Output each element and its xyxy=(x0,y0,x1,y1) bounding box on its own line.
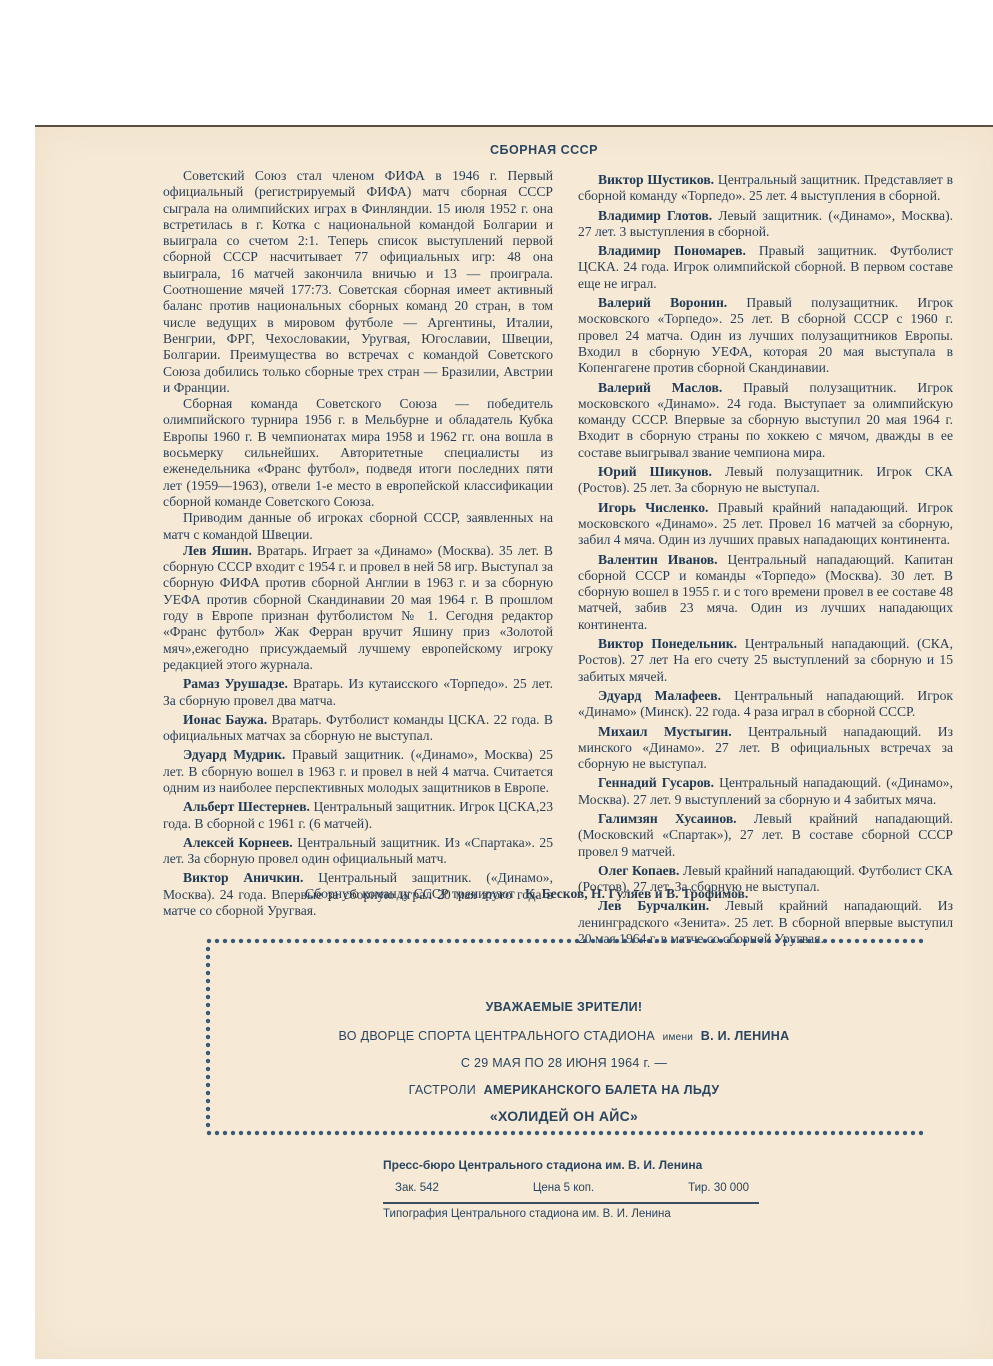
venue-imeni: имени xyxy=(663,1032,694,1043)
player-entry: Алексей Корнеев. Центральный защитник. И… xyxy=(163,835,553,868)
decorative-border-bottom xyxy=(205,1129,923,1137)
intro-paragraph: Приводим данные об игроках сборной СССР,… xyxy=(163,510,553,543)
player-entry: Геннадий Гусаров. Центральный нападающий… xyxy=(578,775,953,808)
imprint-meta: Зак. 542 Цена 5 коп. Тир. 30 000 xyxy=(383,1182,759,1194)
player-name: Виктор Аничкин. xyxy=(183,870,303,885)
player-entry: Валентин Иванов. Центральный нападающий.… xyxy=(578,552,953,633)
player-entry: Эдуард Мудрик. Правый защитник. («Динамо… xyxy=(163,747,553,796)
player-name: Михаил Мустыгин. xyxy=(598,724,732,739)
player-name: Алексей Корнеев. xyxy=(183,835,293,850)
player-name: Виктор Шустиков. xyxy=(598,172,714,187)
printer-credit: Типография Центрального стадиона им. В. … xyxy=(383,1208,759,1220)
player-name: Виктор Понедельник. xyxy=(598,636,737,651)
player-name: Владимир Глотов. xyxy=(598,208,712,223)
price: Цена 5 коп. xyxy=(533,1182,594,1194)
player-entry: Лев Яшин. Вратарь. Играет за «Динамо» (М… xyxy=(163,543,553,673)
order-number: Зак. 542 xyxy=(395,1182,439,1194)
player-entry: Ионас Баужа. Вратарь. Футболист команды … xyxy=(163,712,553,745)
player-name: Эдуард Мудрик. xyxy=(183,747,285,762)
player-entry: Валерий Воронин. Правый полузащитник. Иг… xyxy=(578,295,953,376)
player-bio: Вратарь. Играет за «Динамо» (Москва). 35… xyxy=(163,543,553,672)
venue-text: ВО ДВОРЦЕ СПОРТА ЦЕНТРАЛЬНОГО СТАДИОНА xyxy=(339,1029,655,1043)
coaches-line: Сборную команду СССР тренируют К. Бесков… xyxy=(305,886,905,902)
announcement-show-title: «ХОЛИДЕЙ ОН АЙС» xyxy=(205,1108,923,1124)
player-entry: Виктор Понедельник. Центральный нападающ… xyxy=(578,636,953,685)
coaches-names: К. Бесков, Н. Гуляев и В. Трофимов. xyxy=(525,886,748,901)
intro-paragraph: Советский Союз стал членом ФИФА в 1946 г… xyxy=(163,168,553,396)
player-name: Валерий Воронин. xyxy=(598,295,727,310)
tour-ballet: АМЕРИКАНСКОГО БАЛЕТА НА ЛЬДУ xyxy=(484,1083,720,1097)
player-name: Рамаз Урушадзе. xyxy=(183,676,288,691)
venue-lenin: В. И. ЛЕНИНА xyxy=(701,1029,790,1043)
player-name: Геннадий Гусаров. xyxy=(598,775,714,790)
decorative-border-top xyxy=(205,937,923,945)
announcement-dates: С 29 МАЯ ПО 28 ИЮНЯ 1964 г. — xyxy=(205,1056,923,1070)
player-name: Галимзян Хусаинов. xyxy=(598,811,737,826)
announcement-heading: УВАЖАЕМЫЕ ЗРИТЕЛИ! xyxy=(205,1000,923,1014)
page-title: СБОРНАЯ СССР xyxy=(490,143,630,157)
player-entry: Валерий Маслов. Правый полузащитник. Игр… xyxy=(578,380,953,461)
player-name: Владимир Пономарев. xyxy=(598,243,746,258)
player-entry: Альберт Шестернев. Центральный защитник.… xyxy=(163,799,553,832)
player-entry: Владимир Глотов. Левый защитник. («Динам… xyxy=(578,208,953,241)
player-name: Валентин Иванов. xyxy=(598,552,718,567)
player-name: Валерий Маслов. xyxy=(598,380,722,395)
announcement-venue: ВО ДВОРЦЕ СПОРТА ЦЕНТРАЛЬНОГО СТАДИОНА и… xyxy=(205,1029,923,1043)
press-bureau: Пресс-бюро Центрального стадиона им. В. … xyxy=(383,1158,759,1172)
player-name: Эдуард Малафеев. xyxy=(598,688,721,703)
player-entry: Юрий Шикунов. Левый полузащитник. Игрок … xyxy=(578,464,953,497)
player-name: Юрий Шикунов. xyxy=(598,464,712,479)
player-entry: Владимир Пономарев. Правый защитник. Фут… xyxy=(578,243,953,292)
player-name: Олег Копаев. xyxy=(598,863,679,878)
player-entry: Михаил Мустыгин. Центральный нападающий.… xyxy=(578,724,953,773)
right-column: Виктор Шустиков. Центральный защитник. П… xyxy=(578,172,953,950)
player-entry: Игорь Численко. Правый крайний нападающи… xyxy=(578,500,953,549)
player-entry: Виктор Шустиков. Центральный защитник. П… xyxy=(578,172,953,205)
player-entry: Галимзян Хусаинов. Левый крайний нападаю… xyxy=(578,811,953,860)
announcement-tour: ГАСТРОЛИ АМЕРИКАНСКОГО БАЛЕТА НА ЛЬДУ xyxy=(205,1083,923,1097)
player-name: Игорь Численко. xyxy=(598,500,708,515)
player-entry: Эдуард Малафеев. Центральный нападающий.… xyxy=(578,688,953,721)
player-name: Ионас Баужа. xyxy=(183,712,267,727)
player-name: Лев Яшин. xyxy=(183,543,252,558)
player-entry: Рамаз Урушадзе. Вратарь. Из кутаисского … xyxy=(163,676,553,709)
imprint-divider xyxy=(383,1202,759,1204)
announcement-box: УВАЖАЕМЫЕ ЗРИТЕЛИ! ВО ДВОРЦЕ СПОРТА ЦЕНТ… xyxy=(205,937,923,1137)
left-column: Советский Союз стал членом ФИФА в 1946 г… xyxy=(163,168,553,922)
tour-prefix: ГАСТРОЛИ xyxy=(409,1083,476,1097)
coaches-prefix: Сборную команду СССР тренируют xyxy=(305,886,515,901)
player-name: Альберт Шестернев. xyxy=(183,799,310,814)
intro-paragraph: Сборная команда Советского Союза — побед… xyxy=(163,396,553,510)
print-run: Тир. 30 000 xyxy=(688,1182,749,1194)
